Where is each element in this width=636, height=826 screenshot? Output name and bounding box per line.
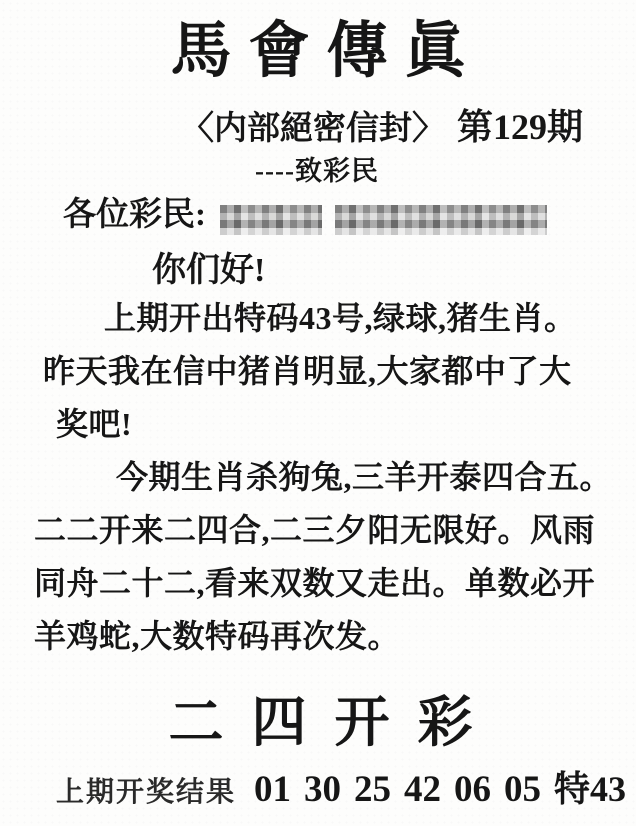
- issue-number: 第129期: [457, 107, 583, 147]
- salutation-row: 各位彩民:: [63, 196, 547, 236]
- result-special-number: 特43: [554, 761, 626, 812]
- footer-results-row: 上期开奖结果 01 30 25 42 06 05 特43: [56, 761, 626, 812]
- result-number: 30: [304, 768, 341, 811]
- page-title: 馬會傳眞: [0, 14, 636, 90]
- result-number: 05: [504, 768, 541, 811]
- highlight-prediction: 二四开彩: [5, 678, 636, 757]
- letter-body: 上期开出特码43号,绿球,猪生肖。 昨天我在信中猪肖明显,大家都中了大 奖吧! …: [34, 292, 609, 663]
- footer-results-label: 上期开奖结果: [56, 770, 236, 810]
- body-line: 昨天我在信中猪肖明显,大家都中了大: [34, 345, 609, 398]
- body-line: 今期生肖杀狗兔,三羊开泰四合五。: [34, 451, 609, 504]
- body-line: 二二开来二四合,二三夕阳无限好。风雨: [34, 504, 609, 557]
- result-number: 42: [404, 768, 441, 811]
- body-line: 羊鸡蛇,大数特码再次发。: [34, 610, 609, 663]
- redacted-contact-block-1: [220, 205, 322, 235]
- fax-sheet: 馬會傳眞 〈内部絕密信封〉 第129期 ----致彩民 各位彩民: 你们好! 上…: [0, 0, 636, 826]
- result-number: 01: [254, 768, 291, 811]
- dedication-line: ----致彩民: [255, 149, 379, 188]
- result-number: 25: [354, 768, 391, 811]
- body-line: 同舟二十二,看来双数又走出。单数必开: [34, 557, 609, 610]
- result-number: 06: [454, 768, 491, 811]
- subtitle-bracket-text: 〈内部絕密信封〉: [181, 111, 445, 147]
- subtitle-row: 〈内部絕密信封〉 第129期: [181, 99, 583, 150]
- body-line: 奖吧!: [34, 398, 609, 451]
- body-line: 上期开出特码43号,绿球,猪生肖。: [34, 292, 609, 345]
- salutation-label: 各位彩民:: [63, 196, 206, 236]
- redacted-contact-block-2: [335, 205, 547, 235]
- greeting-line: 你们好!: [152, 242, 265, 291]
